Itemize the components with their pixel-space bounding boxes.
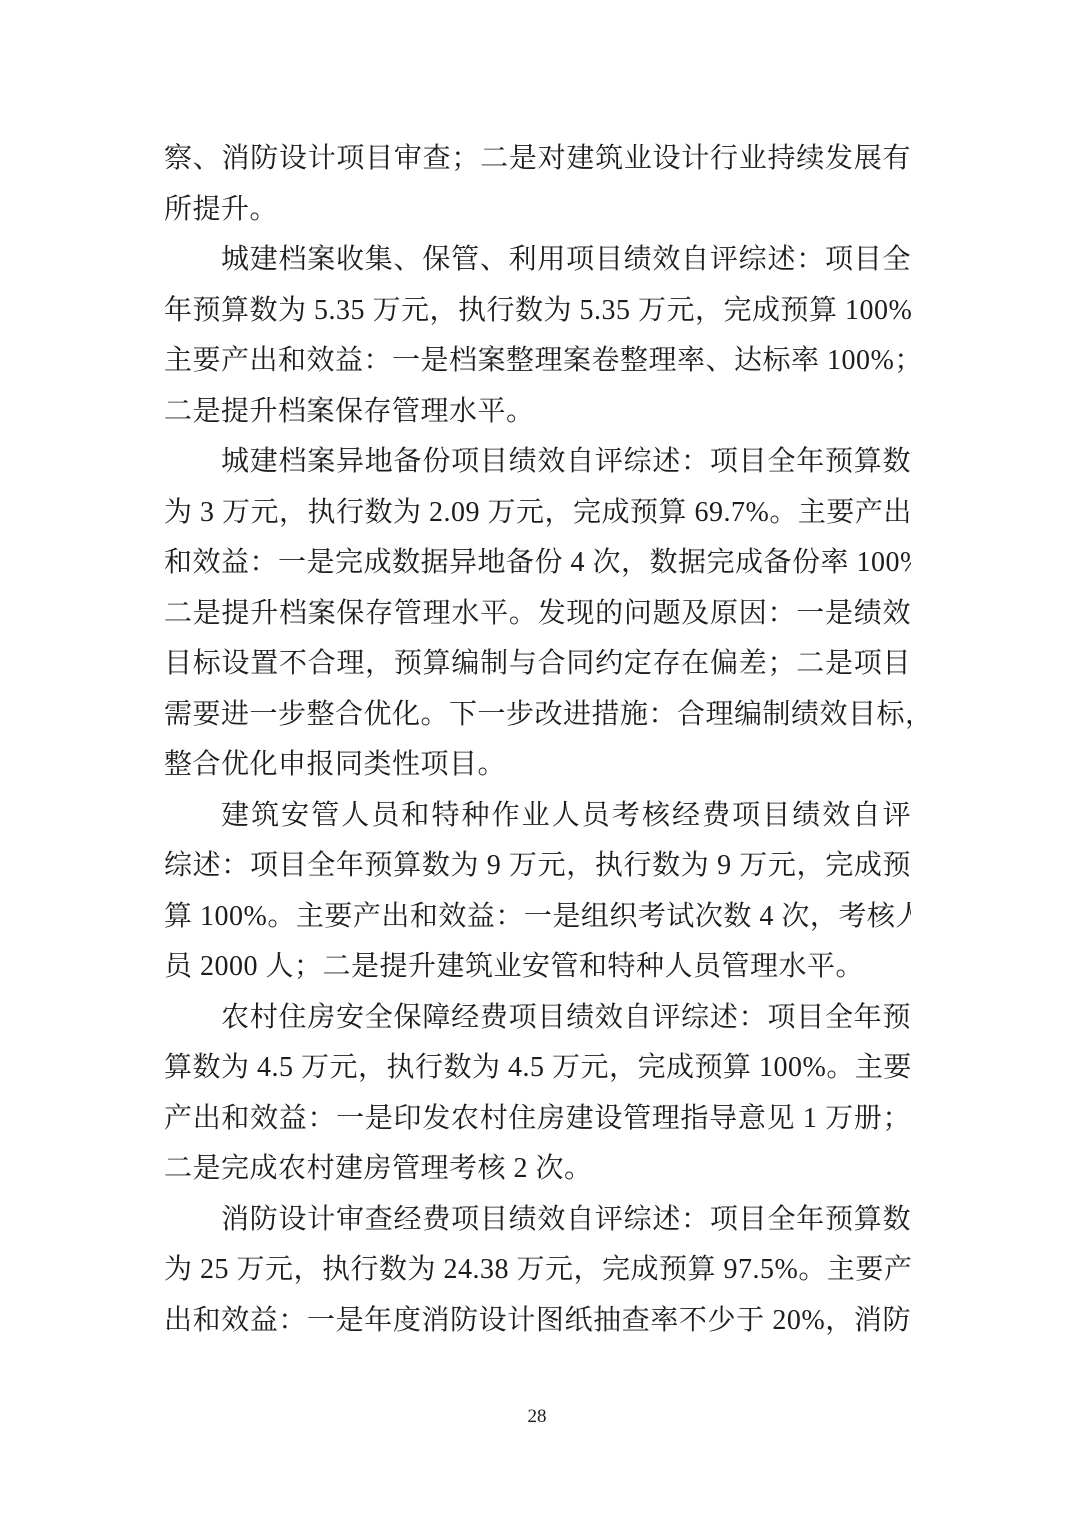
text-line: 察、消防设计项目审查；二是对建筑业设计行业持续发展有	[164, 134, 911, 185]
text-line: 产出和效益：一是印发农村住房建设管理指导意见 1 万册；	[164, 1094, 911, 1145]
page-number: 28	[0, 1406, 1074, 1428]
text-line: 为 3 万元，执行数为 2.09 万元，完成预算 69.7%。主要产出	[164, 488, 911, 539]
text-line: 所提升。	[164, 185, 911, 236]
text-line: 年预算数为 5.35 万元，执行数为 5.35 万元，完成预算 100%。	[164, 286, 911, 337]
text-line: 二是完成农村建房管理考核 2 次。	[164, 1144, 911, 1195]
paragraph: 城建档案异地备份项目绩效自评综述：项目全年预算数为 3 万元，执行数为 2.09…	[164, 437, 911, 791]
text-line: 二是提升档案保存管理水平。	[164, 387, 911, 438]
text-line: 需要进一步整合优化。下一步改进措施：合理编制绩效目标，	[164, 690, 911, 741]
text-line: 员 2000 人；二是提升建筑业安管和特种人员管理水平。	[164, 942, 911, 993]
text-line: 为 25 万元，执行数为 24.38 万元，完成预算 97.5%。主要产	[164, 1245, 911, 1296]
text-line: 建筑安管人员和特种作业人员考核经费项目绩效自评	[164, 791, 911, 842]
text-line: 城建档案异地备份项目绩效自评综述：项目全年预算数	[164, 437, 911, 488]
paragraph: 消防设计审查经费项目绩效自评综述：项目全年预算数为 25 万元，执行数为 24.…	[164, 1195, 911, 1347]
paragraph: 察、消防设计项目审查；二是对建筑业设计行业持续发展有所提升。	[164, 134, 911, 235]
document-body: 察、消防设计项目审查；二是对建筑业设计行业持续发展有所提升。城建档案收集、保管、…	[164, 134, 911, 1346]
paragraph: 建筑安管人员和特种作业人员考核经费项目绩效自评综述：项目全年预算数为 9 万元，…	[164, 791, 911, 993]
text-line: 算数为 4.5 万元，执行数为 4.5 万元，完成预算 100%。主要	[164, 1043, 911, 1094]
text-line: 主要产出和效益：一是档案整理案卷整理率、达标率 100%；	[164, 336, 911, 387]
text-line: 算 100%。主要产出和效益：一是组织考试次数 4 次，考核人	[164, 892, 911, 943]
paragraph: 农村住房安全保障经费项目绩效自评综述：项目全年预算数为 4.5 万元，执行数为 …	[164, 993, 911, 1195]
text-line: 消防设计审查经费项目绩效自评综述：项目全年预算数	[164, 1195, 911, 1246]
paragraph: 城建档案收集、保管、利用项目绩效自评综述：项目全年预算数为 5.35 万元，执行…	[164, 235, 911, 437]
text-line: 农村住房安全保障经费项目绩效自评综述：项目全年预	[164, 993, 911, 1044]
text-line: 出和效益：一是年度消防设计图纸抽查率不少于 20%，消防	[164, 1296, 911, 1347]
text-line: 目标设置不合理，预算编制与合同约定存在偏差；二是项目	[164, 639, 911, 690]
text-line: 城建档案收集、保管、利用项目绩效自评综述：项目全	[164, 235, 911, 286]
text-line: 整合优化申报同类性项目。	[164, 740, 911, 791]
document-page: 察、消防设计项目审查；二是对建筑业设计行业持续发展有所提升。城建档案收集、保管、…	[0, 0, 1074, 1520]
text-line: 综述：项目全年预算数为 9 万元，执行数为 9 万元，完成预	[164, 841, 911, 892]
text-line: 二是提升档案保存管理水平。发现的问题及原因：一是绩效	[164, 589, 911, 640]
text-line: 和效益：一是完成数据异地备份 4 次，数据完成备份率 100%；	[164, 538, 911, 589]
